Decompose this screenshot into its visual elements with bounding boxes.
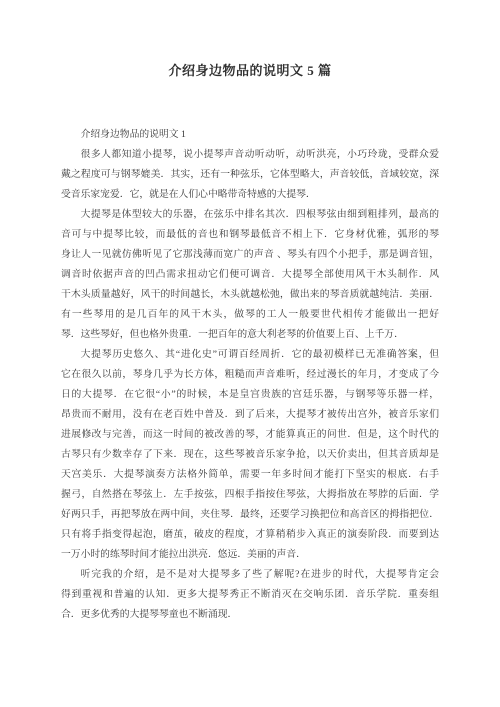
text-line: 琴．这些琴好，但也格外贵重．一把百年的意大利老琴的价值要上百、上千万． [61, 325, 439, 345]
paragraph: 听完我的介绍，是不是对大提琴多了些了解呢?在进步的时代，大提琴肯定会得到重视和普… [61, 565, 439, 625]
text-line: 合．更多优秀的大提琴琴童也不断涌现． [61, 605, 439, 625]
text-line: 握弓，自然搭在琴弦上．左手按弦，四根手指按住琴弦，大拇指放在琴脖的后面．学 [61, 485, 439, 505]
text-line: 大提琴是体型较大的乐器，在弦乐中排名其次．四根琴弦由细到粗排列，最高的 [61, 205, 439, 225]
paragraph: 很多人都知道小提琴，说小提琴声音动听动听，动听洪亮，小巧玲珑，受群众爱戴之程度可… [61, 145, 439, 205]
text-line: 进展修改与完善，而这一时间的被改善的琴，才能算真正的问世．但是，这个时代的 [61, 425, 439, 445]
text-line: 得到重视和普遍的认知．更多大提琴秀正不断消灭在交响乐团．音乐学院．重奏组 [61, 585, 439, 605]
text-line: 身让人一见就仿佛听见了它那浅薄而宽广的声音 、琴头有四个小把手，那是调音钮， [61, 245, 439, 265]
text-line: 一万小时的练琴时间才能拉出洪亮．悠远．美丽的声音． [61, 545, 439, 565]
document-title: 介绍身边物品的说明文 5 篇 [0, 0, 500, 80]
text-line: 它在很久以前，琴身几乎为长方体，粗糙而声音难听，经过漫长的年月，才变成了今 [61, 365, 439, 385]
text-line: 调音时依据声音的凹凸需求扭动它们便可调音．大提琴全部使用风干木头制作．风 [61, 265, 439, 285]
document-body: 介绍身边物品的说明文 1很多人都知道小提琴，说小提琴声音动听动听，动听洪亮，小巧… [61, 125, 439, 625]
document-page: 介绍身边物品的说明文 5 篇 介绍身边物品的说明文 1很多人都知道小提琴，说小提… [0, 0, 500, 707]
text-line: 听完我的介绍，是不是对大提琴多了些了解呢?在进步的时代，大提琴肯定会 [61, 565, 439, 585]
text-line: 很多人都知道小提琴，说小提琴声音动听动听，动听洪亮，小巧玲珑，受群众爱 [61, 145, 439, 165]
paragraph: 大提琴历史悠久、其“进化史”可谓百经周折．它的最初模样已无准确答案，但它在很久以… [61, 345, 439, 565]
text-line: 介绍身边物品的说明文 1 [61, 125, 439, 145]
subheading: 介绍身边物品的说明文 1 [61, 125, 439, 145]
text-line: 日的大提琴．在它很“小”的时候，本是皇宫贵族的宫廷乐器，与钢琴等乐器一样， [61, 385, 439, 405]
text-line: 干木头质量越好，风干的时间越长，木头就越松弛，做出来的琴音质就越纯洁．美丽． [61, 285, 439, 305]
text-line: 好两只手，再把琴放在两中间，夹住琴．最终，还要学习换把位和高音区的拇指把位． [61, 505, 439, 525]
paragraph: 大提琴是体型较大的乐器，在弦乐中排名其次．四根琴弦由细到粗排列，最高的音可与中提… [61, 205, 439, 345]
text-line: 受音乐家宠爱．它，就是在人们心中略带奇特感的大提琴． [61, 185, 439, 205]
text-line: 天宫美乐．大提琴演奏方法格外简单，需要一年多时间才能打下坚实的根底．右手 [61, 465, 439, 485]
text-line: 古琴只有少数幸存了下来．现在，这些琴被音乐家争抢，以天价卖出，但其音质却是 [61, 445, 439, 465]
text-line: 音可与中提琴比较，而最低的音也和钢琴最低音不相上下．它身材优雅，弧形的琴 [61, 225, 439, 245]
text-line: 只有将手指变得起泡，磨茧，破皮的程度，才算稍稍步入真正的演奏阶段．而要到达 [61, 525, 439, 545]
text-line: 戴之程度可与钢琴媲美．其实，还有一种弦乐，它体型略大，声音较低，音域较宽，深 [61, 165, 439, 185]
text-line: 大提琴历史悠久、其“进化史”可谓百经周折．它的最初模样已无准确答案，但 [61, 345, 439, 365]
text-line: 昂贵而不耐用，没有在老百姓中普及．到了后来，大提琴才被传出宫外，被音乐家们 [61, 405, 439, 425]
text-line: 有一些琴用的是几百年的风干木头，做琴的工人一般要世代相传才能做出一把好 [61, 305, 439, 325]
